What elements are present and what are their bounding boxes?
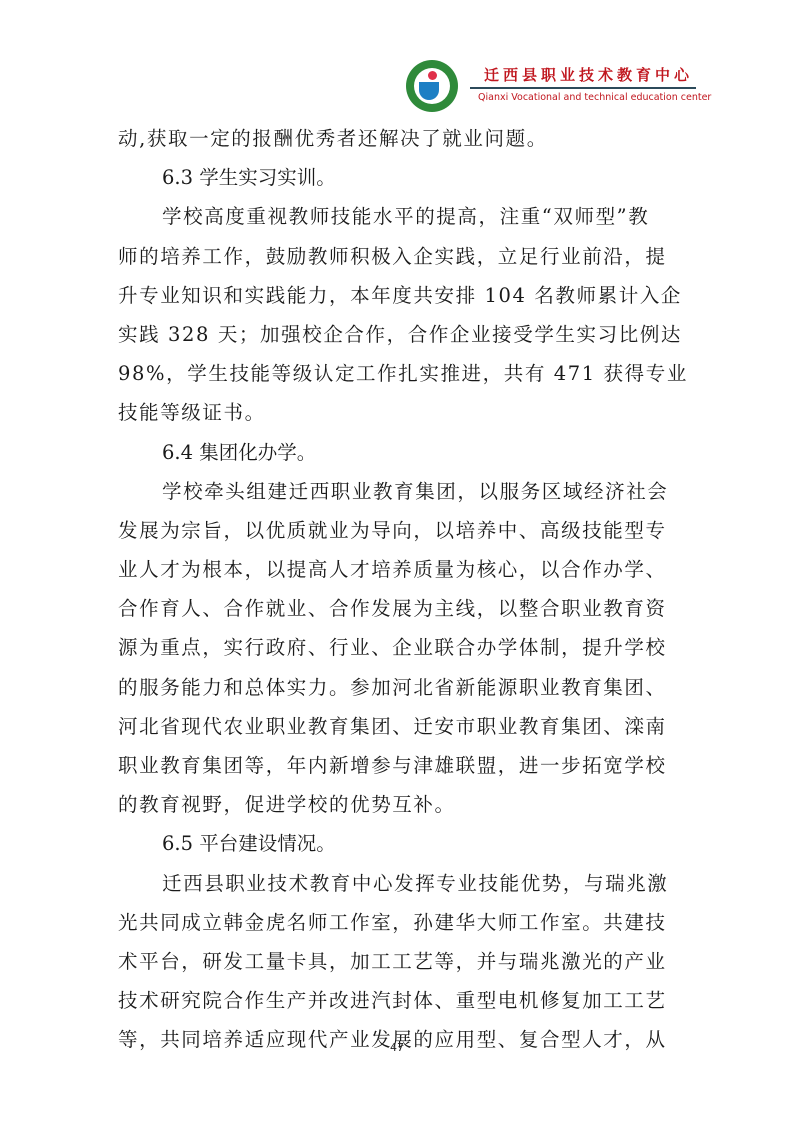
paragraph-line: 技能等级证书。 [118, 393, 680, 432]
paragraph-line: 职业教育集团等，年内新增参与津雄联盟，进一步拓宽学校 [118, 746, 680, 785]
paragraph-line: 源为重点，实行政府、行业、企业联合办学体制，提升学校 [118, 628, 680, 667]
paragraph-line: 河北省现代农业职业教育集团、迁安市职业教育集团、滦南 [118, 707, 680, 746]
paragraph-line: 师的培养工作，鼓励教师积极入企实践，立足行业前沿，提 [118, 237, 680, 276]
paragraph-line: 实践 328 天；加强校企合作，合作企业接受学生实习比例达 [118, 315, 680, 354]
document-body: 动,获取一定的报酬优秀者还解决了就业问题。6.3 学生实习实训。学校高度重视教师… [118, 119, 680, 1060]
paragraph-line: 迁西县职业技术教育中心发挥专业技能优势，与瑞兆激 [118, 864, 680, 903]
emblem-dot [428, 71, 437, 80]
paragraph-line: 升专业知识和实践能力，本年度共安排 104 名教师累计入企 [118, 276, 680, 315]
paragraph-line: 学校高度重视教师技能水平的提高，注重“双师型”教 [118, 197, 680, 236]
paragraph-line: 合作育人、合作就业、合作发展为主线，以整合职业教育资 [118, 589, 680, 628]
header-divider [470, 87, 696, 89]
paragraph-line: 动,获取一定的报酬优秀者还解决了就业问题。 [118, 119, 680, 158]
section-heading: 6.3 学生实习实训。 [118, 158, 680, 197]
paragraph-line: 学校牵头组建迁西职业教育集团，以服务区域经济社会 [118, 472, 680, 511]
page-number: 47 [0, 1041, 794, 1054]
institution-name-cn: 迁西县职业技术教育中心 [484, 64, 693, 85]
paragraph-line: 术平台，研发工量卡具，加工工艺等，并与瑞兆激光的产业 [118, 942, 680, 981]
paragraph-line: 的服务能力和总体实力。参加河北省新能源职业教育集团、 [118, 668, 680, 707]
paragraph-line: 发展为宗旨，以优质就业为导向，以培养中、高级技能型专 [118, 511, 680, 550]
paragraph-line: 光共同成立韩金虎名师工作室，孙建华大师工作室。共建技 [118, 903, 680, 942]
section-heading: 6.5 平台建设情况。 [118, 824, 680, 863]
section-heading: 6.4 集团化办学。 [118, 433, 680, 472]
school-emblem-icon [406, 60, 458, 112]
institution-name-en: Qianxi Vocational and technical educatio… [478, 92, 711, 103]
paragraph-line: 业人才为根本，以提高人才培养质量为核心，以合作办学、 [118, 550, 680, 589]
paragraph-line: 技术研究院合作生产并改进汽封体、重型电机修复加工工艺 [118, 981, 680, 1020]
paragraph-line: 的教育视野，促进学校的优势互补。 [118, 785, 680, 824]
page-header: 迁西县职业技术教育中心 Qianxi Vocational and techni… [404, 58, 696, 116]
paragraph-line: 98%，学生技能等级认定工作扎实推进，共有 471 获得专业 [118, 354, 680, 393]
